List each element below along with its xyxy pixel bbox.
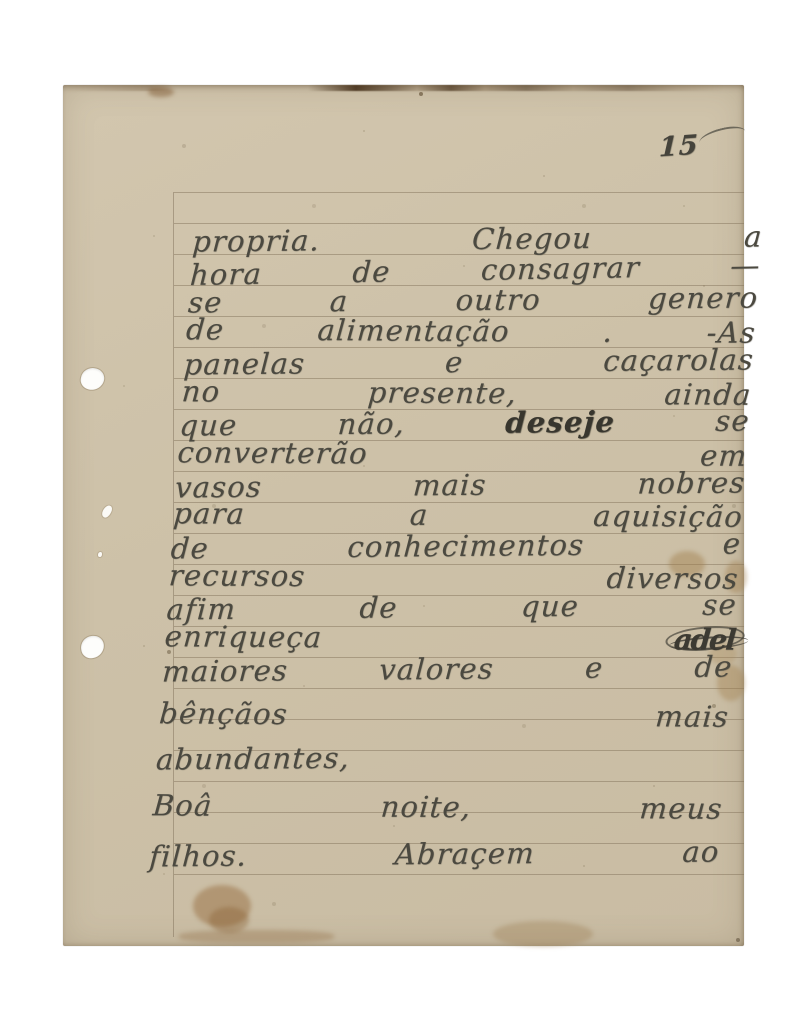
handwritten-word: e bbox=[444, 345, 464, 379]
handwritten-word: a bbox=[409, 498, 430, 532]
manuscript-line: maiores valores e de bbox=[161, 651, 733, 687]
handwritten-word: de bbox=[185, 312, 226, 346]
stain bbox=[148, 87, 174, 97]
handwritten-word: ao bbox=[681, 834, 720, 868]
paper-speckles bbox=[63, 85, 65, 87]
paper-fleck bbox=[101, 504, 114, 519]
scan-background: 15 propria. Chegou ahora de consagrar —s… bbox=[0, 0, 806, 1024]
handwritten-word: maiores bbox=[161, 653, 289, 688]
handwritten-word: Boâ bbox=[152, 788, 214, 822]
handwritten-word: valores bbox=[378, 651, 495, 686]
handwritten-word: se bbox=[714, 404, 751, 438]
handwritten-word: meus bbox=[638, 791, 724, 826]
handwritten-word: que bbox=[520, 589, 580, 624]
handwritten-word: de bbox=[693, 649, 733, 683]
stain bbox=[179, 930, 334, 943]
handwritten-word: mais bbox=[654, 699, 730, 733]
manuscript-line: Boâ noite, meus bbox=[152, 790, 724, 824]
handwritten-word: filhos. bbox=[148, 838, 248, 873]
handwritten-word: nobres bbox=[637, 465, 747, 500]
handwritten-word: deseje bbox=[504, 405, 616, 440]
handwritten-word: alimentação bbox=[316, 313, 511, 348]
handwritten-word: e bbox=[722, 527, 742, 561]
punch-hole bbox=[80, 635, 106, 660]
handwritten-word: caçarolas bbox=[602, 342, 755, 377]
manuscript-page: 15 propria. Chegou ahora de consagrar —s… bbox=[63, 85, 744, 946]
handwritten-word: enriqueça bbox=[163, 619, 323, 654]
handwritten-word: noite, bbox=[380, 790, 473, 825]
paper-fleck bbox=[98, 552, 102, 557]
stain bbox=[493, 921, 593, 947]
handwritten-word: Abraçem bbox=[394, 836, 536, 871]
handwritten-word: para bbox=[172, 497, 246, 531]
handwritten-word: genero bbox=[647, 281, 759, 316]
manuscript-line: abundantes, bbox=[155, 740, 727, 776]
handwritten-word: e bbox=[584, 650, 604, 684]
handwriting: propria. Chegou ahora de consagrar —se a… bbox=[148, 224, 763, 869]
handwritten-word: — bbox=[730, 248, 762, 283]
manuscript-line: bênçãos mais bbox=[158, 698, 730, 732]
handwritten-word: outro bbox=[455, 283, 542, 318]
handwritten-word: propria. bbox=[191, 223, 321, 258]
handwritten-word: presente, bbox=[367, 375, 519, 410]
handwritten-word: bênçãos bbox=[158, 696, 289, 731]
manuscript-line: filhos. Abraçem ao bbox=[148, 836, 720, 872]
handwritten-word: se bbox=[701, 588, 738, 622]
handwritten-word: recursos bbox=[168, 558, 307, 593]
punch-hole bbox=[79, 366, 106, 392]
handwritten-word: abundantes, bbox=[155, 741, 351, 777]
handwritten-word: converterão bbox=[176, 435, 369, 470]
handwritten-word: no bbox=[181, 374, 222, 408]
page-number: 15 bbox=[658, 130, 699, 164]
